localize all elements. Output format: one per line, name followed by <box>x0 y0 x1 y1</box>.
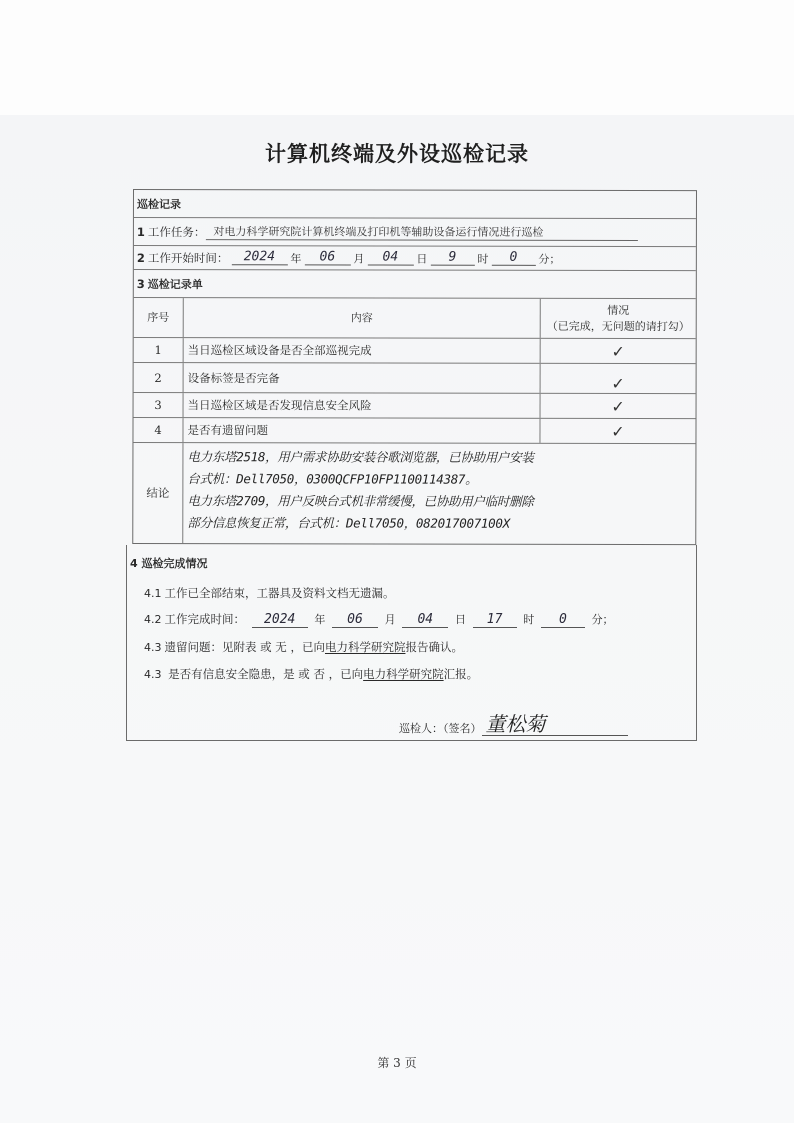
status-header-line2: （已完成，无问题的请打勾） <box>547 318 690 334</box>
signature-label: 巡检人：（签名） <box>399 720 482 736</box>
start-minute-field[interactable]: 0 <box>491 251 535 266</box>
checkmark-icon[interactable]: ✓ <box>541 364 696 393</box>
checklist-row: 1 当日巡检区域设备是否全部巡视完成 ✓ <box>134 338 696 364</box>
end-year-unit: 年 <box>314 613 325 626</box>
start-day-unit: 日 <box>416 250 427 266</box>
inspection-form: 巡检记录 1 工作任务： 对电力科学研究院计算机终端及打印机等辅助设备运行情况进… <box>132 189 697 545</box>
checklist-title: 巡检记录单 <box>148 276 203 292</box>
page-number: 第 3 页 <box>0 1054 794 1071</box>
checklist-num: 3 <box>137 277 145 291</box>
end-month-field[interactable]: 06 <box>332 613 378 628</box>
line-4-3b-num: 4.3 <box>144 668 162 681</box>
line-4-3a-org: 电力科学研究院 <box>325 640 406 654</box>
item-content: 设备标签是否完备 <box>184 363 541 393</box>
checkmark-icon[interactable]: ✓ <box>541 339 696 363</box>
item-seq: 1 <box>134 338 184 362</box>
conclusion-line: 部分信息恢复正常，台式机：Dell7050，082017007100X <box>187 512 691 535</box>
start-year-field[interactable]: 2024 <box>231 250 287 265</box>
record-section-title: 巡检记录 <box>137 196 181 212</box>
conclusion-line: 台式机：Dell7050，0300QCFP10FP1100114387。 <box>187 468 691 491</box>
signature-field[interactable]: 董松菊 <box>482 713 628 736</box>
end-minute-field[interactable]: 0 <box>541 613 585 628</box>
end-minute-unit: 分； <box>592 613 614 626</box>
start-time-num: 2 <box>137 251 145 265</box>
start-hour-field[interactable]: 9 <box>430 251 474 266</box>
checklist-column-headers: 序号 内容 情况 （已完成，无问题的请打勾） <box>134 298 696 339</box>
item-seq: 4 <box>133 418 183 442</box>
line-4-3-remaining-issues: 4.3遗留问题：见附表 或 无 ，已向电力科学研究院报告确认。 <box>144 639 463 655</box>
line-4-1: 4.1工作已全部结束，工器具及资料文档无遗漏。 <box>144 585 395 601</box>
checklist-row: 2 设备标签是否完备 ✓ <box>134 363 696 394</box>
item-seq: 2 <box>134 363 184 392</box>
column-header-content: 内容 <box>184 298 541 338</box>
line-4-1-num: 4.1 <box>144 587 162 600</box>
line-4-3b-suffix: 汇报。 <box>444 667 479 681</box>
item-content: 当日巡检区域设备是否全部巡视完成 <box>184 338 541 363</box>
item-content: 是否有遗留问题 <box>183 418 540 443</box>
start-minute-unit: 分； <box>538 250 560 266</box>
column-header-status: 情况 （已完成，无问题的请打勾） <box>541 299 696 338</box>
line-4-2: 4.2工作完成时间： 2024 年 06 月 04 日 17 时 0 分； <box>144 611 614 628</box>
start-month-unit: 月 <box>353 250 364 266</box>
end-month-unit: 月 <box>385 613 396 626</box>
end-hour-field[interactable]: 17 <box>473 613 517 628</box>
line-4-1-text: 工作已全部结束，工器具及资料文档无遗漏。 <box>165 586 395 600</box>
end-hour-unit: 时 <box>523 613 534 626</box>
signature-block: 巡检人：（签名） 董松菊 <box>399 713 628 736</box>
task-value[interactable]: 对电力科学研究院计算机终端及打印机等辅助设备运行情况进行巡检 <box>205 223 637 241</box>
start-hour-unit: 时 <box>477 250 488 266</box>
item-content: 当日巡检区域是否发现信息安全风险 <box>184 393 541 418</box>
checklist-header: 3 巡检记录单 <box>134 270 696 299</box>
checkmark-icon[interactable]: ✓ <box>540 419 695 443</box>
start-time-label: 工作开始时间： <box>148 250 229 266</box>
conclusion-row: 结论 电力东塔2518，用户需求协助安装谷歌浏览器，已协助用户安装 台式机：De… <box>133 443 695 544</box>
line-4-3-security-risk: 4.3 是否有信息安全隐患，是 或 否 ，已向电力科学研究院汇报。 <box>144 666 478 682</box>
completion-section: 4 巡检完成情况 4.1工作已全部结束，工器具及资料文档无遗漏。 4.2工作完成… <box>126 545 697 741</box>
status-header-line1: 情况 <box>607 302 629 318</box>
task-row: 1 工作任务： 对电力科学研究院计算机终端及打印机等辅助设备运行情况进行巡检 <box>134 218 696 247</box>
line-4-2-num: 4.2 <box>144 613 162 626</box>
conclusion-label: 结论 <box>133 443 183 543</box>
line-4-3a-num: 4.3 <box>144 641 162 654</box>
conclusion-line: 电力东塔2709，用户反映台式机非常缓慢，已协助用户临时删除 <box>187 490 691 513</box>
item-seq: 3 <box>134 393 184 417</box>
start-month-field[interactable]: 06 <box>304 250 350 265</box>
end-time-label: 工作完成时间： <box>165 612 246 626</box>
end-year-field[interactable]: 2024 <box>252 613 308 628</box>
column-header-seq: 序号 <box>134 298 184 337</box>
conclusion-line: 电力东塔2518，用户需求协助安装谷歌浏览器，已协助用户安装 <box>187 446 691 469</box>
line-4-3b-org: 电力科学研究院 <box>363 667 444 681</box>
line-4-3b-prefix: 是否有信息安全隐患，是 或 否 ，已向 <box>165 667 364 681</box>
conclusion-text[interactable]: 电力东塔2518，用户需求协助安装谷歌浏览器，已协助用户安装 台式机：Dell7… <box>183 443 695 544</box>
document-title: 计算机终端及外设巡检记录 <box>0 138 794 168</box>
end-day-field[interactable]: 04 <box>402 613 448 628</box>
start-year-unit: 年 <box>290 250 301 266</box>
start-time-row: 2 工作开始时间： 2024 年 06 月 04 日 9 时 0 分； <box>134 246 696 271</box>
completion-title: 4 巡检完成情况 <box>130 555 207 571</box>
task-num: 1 <box>137 225 145 239</box>
record-section-header: 巡检记录 <box>134 190 696 219</box>
end-day-unit: 日 <box>455 613 466 626</box>
checklist-row: 3 当日巡检区域是否发现信息安全风险 ✓ <box>134 393 696 419</box>
start-day-field[interactable]: 04 <box>367 250 413 265</box>
task-label: 工作任务： <box>148 224 206 240</box>
line-4-3a-suffix: 报告确认。 <box>405 640 463 654</box>
checkmark-icon[interactable]: ✓ <box>541 394 696 418</box>
line-4-3a-prefix: 遗留问题：见附表 或 无 ，已向 <box>165 640 325 654</box>
checklist-row: 4 是否有遗留问题 ✓ <box>133 418 695 444</box>
